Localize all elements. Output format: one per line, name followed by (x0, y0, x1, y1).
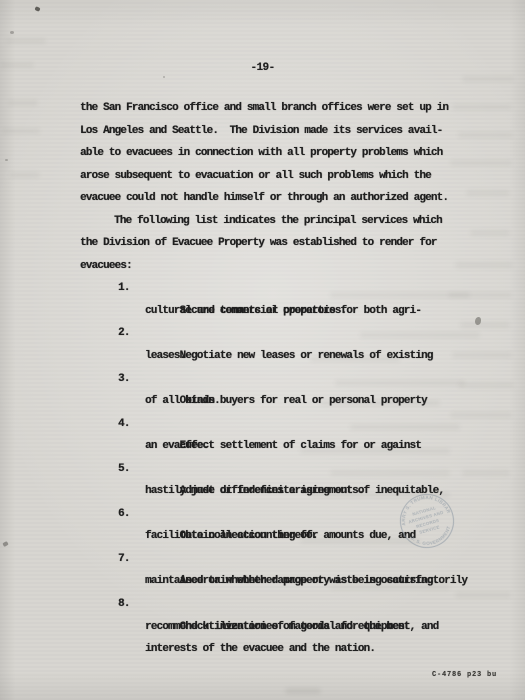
list-number: 2. (118, 322, 130, 345)
bleed-smudge (10, 172, 40, 178)
list-text: Check inventories of goods and equipment… (180, 621, 439, 633)
bleed-smudge (330, 292, 470, 298)
list-number: 6. (118, 503, 130, 526)
bleed-smudge (300, 448, 450, 454)
body-line: Los Angeles and Seattle. The Division ma… (80, 120, 480, 143)
bleed-smudge (285, 688, 321, 694)
list-number: 3. (118, 368, 130, 391)
scanned-document-page: -19- the San Francisco office and small … (0, 0, 525, 700)
bleed-smudge (455, 592, 511, 598)
list-text: Secure tenants or operators for both agr… (180, 305, 422, 317)
bleed-smudge (460, 322, 510, 328)
catalog-code: C-4786 p23 bu (432, 671, 497, 679)
bleed-smudge (452, 352, 512, 358)
body-line: the Division of Evacuee Property was est… (80, 232, 480, 255)
bleed-smudge (450, 412, 512, 418)
bleed-smudge (360, 332, 480, 338)
bleed-smudge (310, 492, 450, 498)
bleed-smudge (2, 128, 40, 134)
body-line: arose subsequent to evacuation or all su… (80, 165, 480, 188)
body-line: able to evacuees in connection with all … (80, 142, 480, 165)
body-line: evacuees: (80, 255, 480, 278)
bleed-smudge (300, 538, 420, 544)
scan-speck (10, 31, 14, 34)
bleed-smudge (462, 76, 514, 82)
bleed-smudge (330, 470, 450, 476)
bleed-smudge (455, 262, 513, 268)
body-line: The following list indicates the princip… (80, 210, 480, 233)
bleed-smudge (8, 100, 38, 106)
scan-speck (163, 76, 165, 78)
list-item-line: 3.Obtain buyers for real or personal pro… (80, 368, 480, 391)
bleed-smudge (350, 424, 460, 430)
list-number: 4. (118, 413, 130, 436)
bleed-smudge (452, 104, 512, 110)
bleed-smudge (458, 382, 514, 388)
list-item-line: 8.Check inventories of goods and equipme… (80, 593, 480, 616)
scan-speck (34, 6, 40, 12)
list-number: 1. (118, 277, 130, 300)
bleed-smudge (310, 356, 400, 362)
list-number: 8. (118, 593, 130, 616)
page-body: the San Francisco office and small branc… (80, 97, 480, 661)
bleed-smudge (450, 160, 512, 166)
bleed-smudge (330, 584, 450, 590)
page-number: -19- (0, 62, 525, 74)
bleed-smudge (0, 62, 34, 68)
body-line: evacuee could not handle himself or thro… (80, 187, 480, 210)
list-number: 5. (118, 458, 130, 481)
list-number: 7. (118, 548, 130, 571)
list-continuation-line: interests of the evacuee and the nation. (80, 638, 480, 661)
body-line: the San Francisco office and small branc… (80, 97, 480, 120)
bleed-smudge (466, 190, 510, 196)
scan-speck (5, 159, 8, 161)
scan-speck (2, 541, 8, 547)
bleed-smudge (6, 38, 46, 44)
bleed-smudge (335, 380, 465, 386)
bleed-smudge (470, 230, 510, 236)
bleed-smudge (320, 400, 440, 406)
bleed-smudge (458, 132, 513, 138)
bleed-smudge (462, 470, 510, 476)
